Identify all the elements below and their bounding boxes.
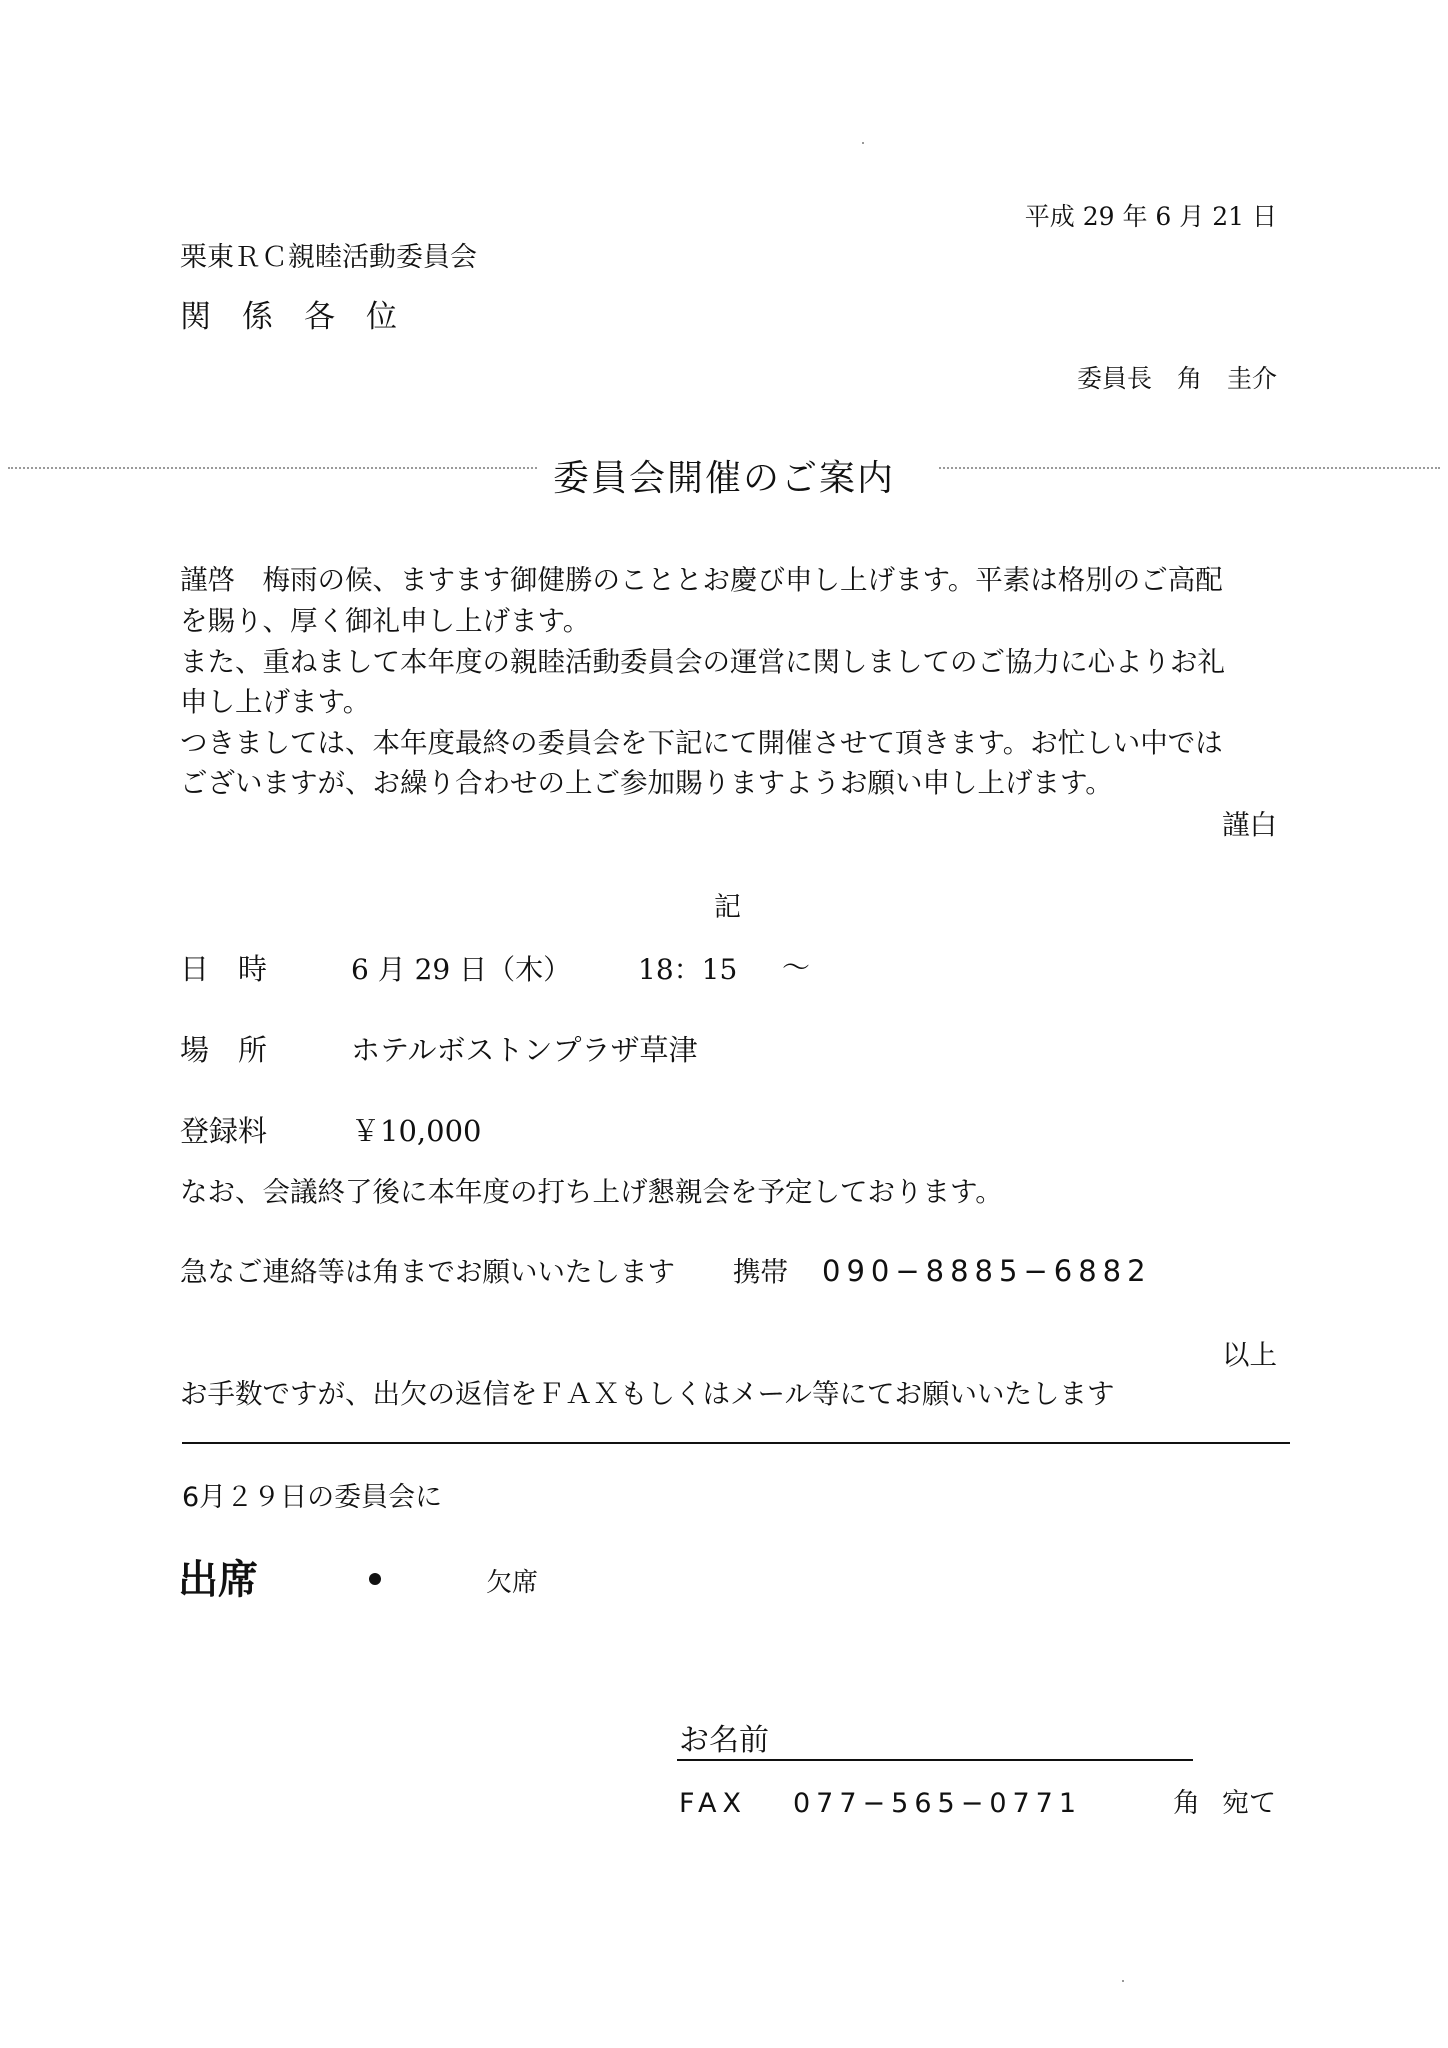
body-line: を賜り、厚く御礼申し上げます。 bbox=[180, 608, 590, 636]
attend-option[interactable]: 出席 bbox=[178, 1560, 258, 1600]
body-line: また、重ねまして本年度の親睦活動委員会の運営に関しましてのご協力に心よりお礼 bbox=[180, 649, 1225, 677]
fee-label: 登録料 bbox=[180, 1117, 267, 1146]
body-line: ございますが、お繰り合わせの上ご参加賜りますようお願い申し上げます。 bbox=[180, 770, 1113, 798]
scan-speck bbox=[862, 142, 864, 144]
reply-request: お手数ですが、出欠の返信をＦＡＸもしくはメール等にてお願いいたします bbox=[180, 1381, 1114, 1409]
datetime-label: 日 時 bbox=[180, 955, 267, 984]
datetime-time: 18：15 bbox=[638, 956, 737, 984]
closing-keihaku: 謹白 bbox=[1222, 812, 1277, 840]
fax-label: FAX bbox=[679, 1790, 747, 1817]
name-field-line[interactable] bbox=[677, 1759, 1193, 1761]
absent-option[interactable]: 欠席 bbox=[486, 1570, 538, 1596]
separator-bullet bbox=[369, 1573, 381, 1585]
body-line: つきましては、本年度最終の委員会を下記にて開催させて頂きます。お忙しい中では bbox=[180, 730, 1223, 758]
body-line: 申し上げます。 bbox=[180, 689, 370, 717]
venue-label: 場 所 bbox=[180, 1036, 267, 1065]
cut-line bbox=[182, 1442, 1290, 1444]
datetime-tilde: ～ bbox=[782, 954, 810, 982]
addressee: 関 係 各 位 bbox=[180, 302, 397, 333]
document-date: 平成 29 年 6 月 21 日 bbox=[1025, 204, 1277, 229]
fax-number: 077−565−0771 bbox=[793, 1790, 1082, 1817]
datetime-date: 6 月 29 日（木） bbox=[351, 956, 571, 984]
sender-name: 委員長 角 圭介 bbox=[1077, 366, 1277, 391]
contact-text: 急なご連絡等は角までお願いいたします bbox=[180, 1259, 675, 1287]
party-note: なお、会議終了後に本年度の打ち上げ懇親会を予定しております。 bbox=[180, 1179, 1003, 1207]
fee-value: ￥10,000 bbox=[351, 1117, 481, 1146]
venue-value: ホテルボストンプラザ草津 bbox=[351, 1036, 698, 1065]
mobile-number: 090−8885−6882 bbox=[822, 1257, 1152, 1286]
fax-suffix: 宛て bbox=[1222, 1790, 1276, 1817]
reply-meeting: 6月２９日の委員会に bbox=[182, 1484, 442, 1511]
scan-speck bbox=[1122, 1980, 1124, 1982]
document-title: 委員会開催のご案内 bbox=[553, 461, 895, 497]
ki-heading: 記 bbox=[714, 894, 741, 921]
mobile-label: 携帯 bbox=[733, 1259, 788, 1287]
fax-recipient: 角 bbox=[1173, 1790, 1200, 1817]
name-label: お名前 bbox=[679, 1726, 769, 1756]
organization-name: 栗東ＲＣ親睦活動委員会 bbox=[180, 244, 477, 271]
end-ijou: 以上 bbox=[1222, 1342, 1277, 1370]
body-line: 謹啓 梅雨の候、ますます御健勝のこととお慶び申し上げます。平素は格別のご高配 bbox=[180, 567, 1223, 595]
